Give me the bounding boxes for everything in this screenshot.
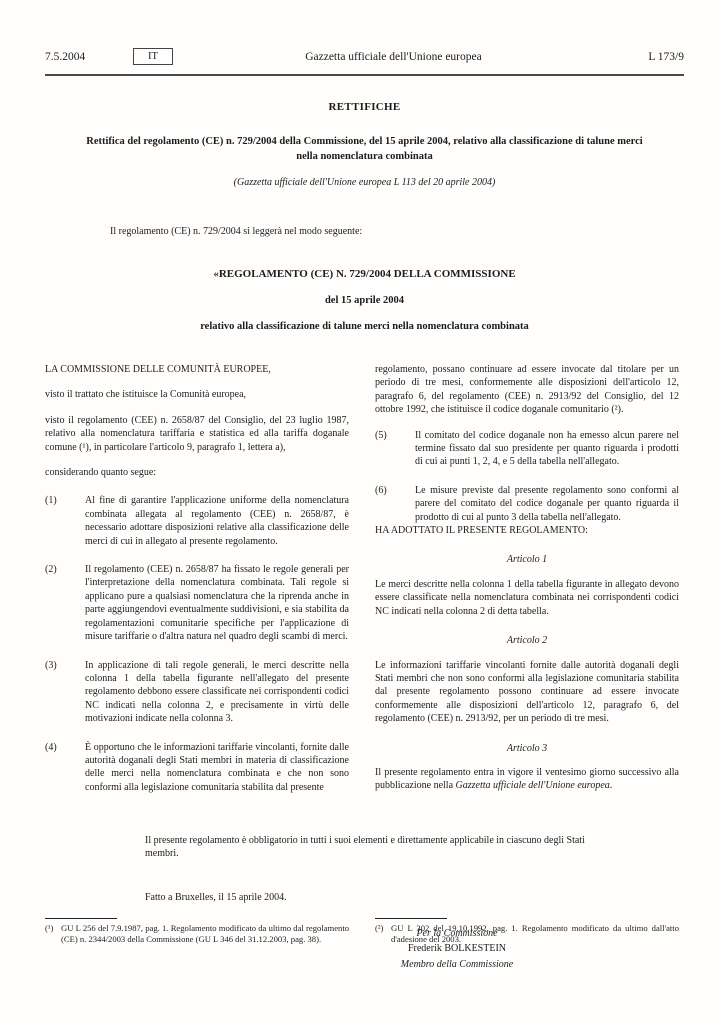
article-3-text: Il presente regolamento entra in vigore … <box>375 766 679 793</box>
recital-text: Al fine di garantire l'applicazione unif… <box>85 494 349 548</box>
header-rule <box>45 74 684 76</box>
footnote-column-left: (¹) GU L 256 del 7.9.1987, pag. 1. Regol… <box>45 918 349 946</box>
footnote-separator <box>375 918 447 919</box>
footnote-separator <box>45 918 117 919</box>
journal-page: 7.5.2004 IT Gazzetta ufficiale dell'Unio… <box>0 0 724 1024</box>
recital-text: Le misure previste dal presente regolame… <box>415 484 679 524</box>
signature-title: Membro della Commissione <box>307 957 607 973</box>
preamble-treaty: visto il trattato che istituisce la Comu… <box>45 388 349 401</box>
recital-4: (4) È opportuno che le informazioni tari… <box>45 741 349 795</box>
article-1-heading: Articolo 1 <box>375 553 679 566</box>
recital-number: (6) <box>375 484 415 524</box>
article-3-journal-name: Gazzetta ufficiale dell'Unione europea <box>456 780 610 791</box>
article-3-heading: Articolo 3 <box>375 742 679 755</box>
section-title: RETTIFICHE <box>45 101 684 113</box>
footnote-1: (¹) GU L 256 del 7.9.1987, pag. 1. Regol… <box>45 923 349 946</box>
footnotes: (¹) GU L 256 del 7.9.1987, pag. 1. Regol… <box>45 918 684 946</box>
corrigendum-intro: Il regolamento (CE) n. 729/2004 si legge… <box>110 226 684 237</box>
article-2-text: Le informazioni tariffarie vincolanti fo… <box>375 659 679 726</box>
page-reference: L 173/9 <box>614 51 684 63</box>
recital-number: (5) <box>375 429 415 469</box>
language-code-box: IT <box>133 48 173 65</box>
footnote-2: (²) GU L 302 del 19.10.1992, pag. 1. Reg… <box>375 923 679 946</box>
header-date: 7.5.2004 <box>45 51 133 63</box>
corrigendum-title: Rettifica del regolamento (CE) n. 729/20… <box>82 134 648 164</box>
journal-title: Gazzetta ufficiale dell'Unione europea <box>173 51 614 63</box>
article-2-heading: Articolo 2 <box>375 634 679 647</box>
closing-binding-clause: Il presente regolamento è obbligatorio i… <box>145 834 592 861</box>
recital-5: (5) Il comitato del codice doganale non … <box>375 429 679 469</box>
page-content: 7.5.2004 IT Gazzetta ufficiale dell'Unio… <box>45 48 684 972</box>
recital-4-continuation: regolamento, possano continuare ad esser… <box>375 363 679 417</box>
article-3-text-after: . <box>610 780 613 791</box>
body-columns: LA COMMISSIONE DELLE COMUNITÀ EUROPEE, v… <box>45 363 684 805</box>
footnote-marker: (²) <box>375 923 391 946</box>
left-column: LA COMMISSIONE DELLE COMUNITÀ EUROPEE, v… <box>45 363 349 805</box>
recital-text: È opportuno che le informazioni tariffar… <box>85 741 349 795</box>
footnote-text: GU L 302 del 19.10.1992, pag. 1. Regolam… <box>391 923 679 946</box>
footnote-text: GU L 256 del 7.9.1987, pag. 1. Regolamen… <box>61 923 349 946</box>
regulation-subject-line: relativo alla classificazione di talune … <box>45 321 684 332</box>
page-header: 7.5.2004 IT Gazzetta ufficiale dell'Unio… <box>45 48 684 65</box>
recital-1: (1) Al fine di garantire l'applicazione … <box>45 494 349 548</box>
regulation-heading: «REGOLAMENTO (CE) N. 729/2004 DELLA COMM… <box>45 268 684 280</box>
footnote-marker: (¹) <box>45 923 61 946</box>
preamble-regulation-ref: visto il regolamento (CEE) n. 2658/87 de… <box>45 414 349 454</box>
recital-text: In applicazione di tali regole generali,… <box>85 659 349 726</box>
recital-text: Il comitato del codice doganale non ha e… <box>415 429 679 469</box>
recital-number: (4) <box>45 741 85 795</box>
recital-6: (6) Le misure previste dal presente rego… <box>375 484 679 524</box>
recital-3: (3) In applicazione di tali regole gener… <box>45 659 349 726</box>
preamble-commission: LA COMMISSIONE DELLE COMUNITÀ EUROPEE, <box>45 363 349 376</box>
regulation-date-line: del 15 aprile 2004 <box>45 295 684 306</box>
recital-number: (2) <box>45 563 85 643</box>
corrigendum-source-ref: (Gazzetta ufficiale dell'Unione europea … <box>45 177 684 188</box>
done-at-line: Fatto a Bruxelles, il 15 aprile 2004. <box>145 892 684 903</box>
preamble-considering: considerando quanto segue: <box>45 466 349 479</box>
binding-text: Il presente regolamento è obbligatorio i… <box>145 834 592 861</box>
recital-number: (3) <box>45 659 85 726</box>
footnote-column-right: (²) GU L 302 del 19.10.1992, pag. 1. Reg… <box>375 918 679 946</box>
adoption-formula: HA ADOTTATO IL PRESENTE REGOLAMENTO: <box>375 524 679 537</box>
article-1-text: Le merci descritte nella colonna 1 della… <box>375 578 679 618</box>
right-column: regolamento, possano continuare ad esser… <box>375 363 679 805</box>
recital-2: (2) Il regolamento (CEE) n. 2658/87 ha f… <box>45 563 349 643</box>
recital-number: (1) <box>45 494 85 548</box>
recital-text: Il regolamento (CEE) n. 2658/87 ha fissa… <box>85 563 349 643</box>
